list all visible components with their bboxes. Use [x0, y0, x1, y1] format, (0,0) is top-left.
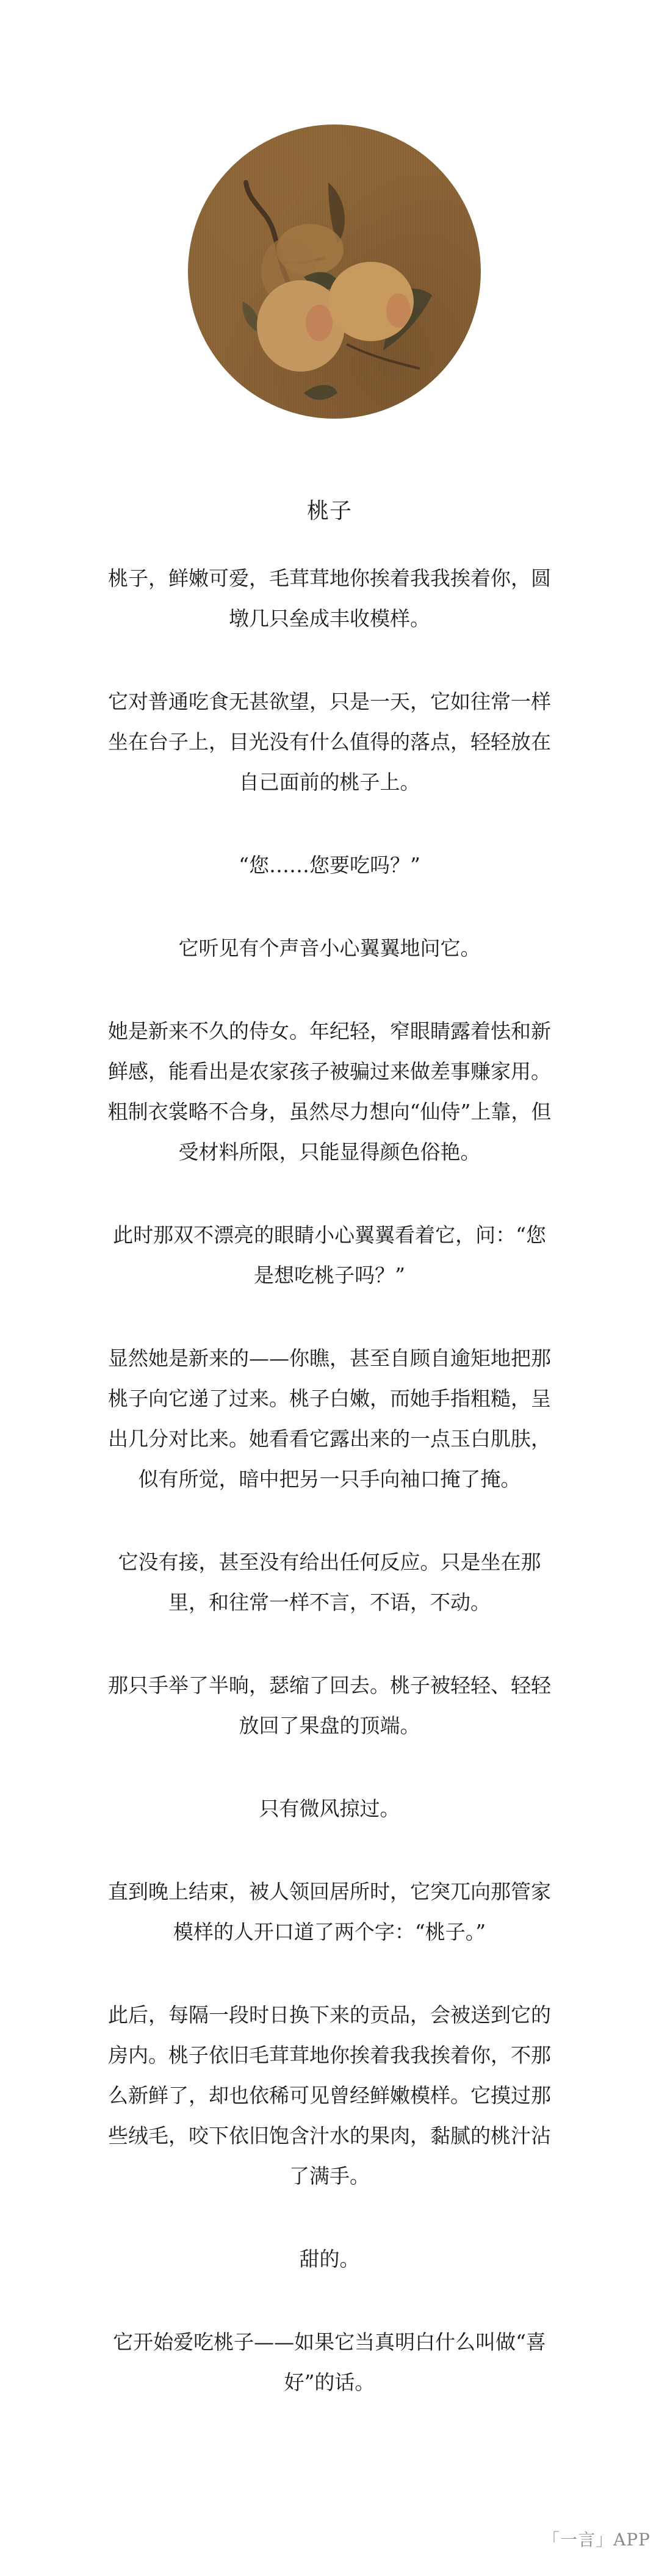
paragraph: 此后，每隔一段时日换下来的贡品，会被送到它的房内。桃子依旧毛茸茸地你挨着我我挨着…: [104, 1995, 555, 2196]
article-body: 桃子，鲜嫩可爱，毛茸茸地你挨着我我挨着你，圆墩几只垒成丰收模样。 它对普通吃食无…: [104, 558, 555, 2403]
peach-illustration: [188, 124, 481, 419]
peach-painting-image: [188, 124, 481, 419]
paragraph: 那只手举了半晌，瑟缩了回去。桃子被轻轻、轻轻放回了果盘的顶端。: [104, 1665, 555, 1746]
paragraph: 她是新来不久的侍女。年纪轻，窄眼睛露着怯和新鲜感，能看出是农家孩子被骗过来做差事…: [104, 1011, 555, 1172]
article-title: 桃子: [0, 496, 659, 527]
paragraph: “您……您要吃吗？”: [104, 845, 555, 886]
paragraph: 它听见有个声音小心翼翼地问它。: [104, 928, 555, 969]
paragraph: 只有微风掠过。: [104, 1789, 555, 1829]
paragraph: 它对普通吃食无甚欲望，只是一天，它如往常一样坐在台子上，目光没有什么值得的落点，…: [104, 682, 555, 803]
paragraph: 它开始爱吃桃子——如果它当真明白什么叫做“喜好”的话。: [104, 2322, 555, 2403]
paragraph: 此时那双不漂亮的眼睛小心翼翼看着它，问：“您是想吃桃子吗？”: [104, 1215, 555, 1296]
paragraph: 它没有接，甚至没有给出任何反应。只是坐在那里，和往常一样不言，不语，不动。: [104, 1542, 555, 1623]
paragraph: 桃子，鲜嫩可爱，毛茸茸地你挨着我我挨着你，圆墩几只垒成丰收模样。: [104, 558, 555, 639]
paragraph: 显然她是新来的——你瞧，甚至自顾自逾矩地把那桃子向它递了过来。桃子白嫩，而她手指…: [104, 1338, 555, 1499]
paragraph: 甜的。: [104, 2239, 555, 2279]
app-watermark: 「一言」APP: [542, 2527, 650, 2551]
paragraph: 直到晚上结束，被人领回居所时，它突兀向那管家模样的人开口道了两个字：“桃子。”: [104, 1872, 555, 1952]
